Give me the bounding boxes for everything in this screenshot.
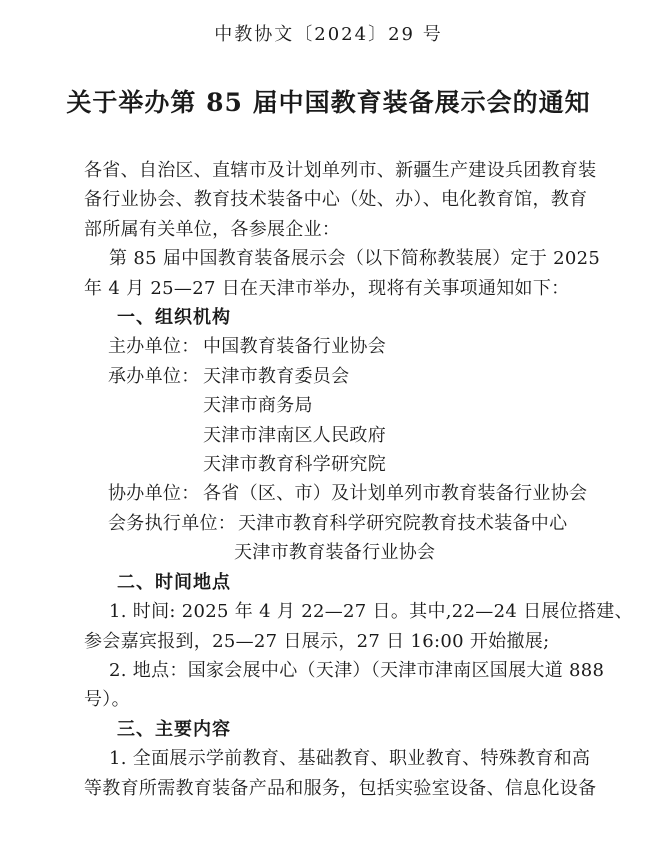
notice-document-page: 中教协文〔2024〕29 号 关于举办第 85 届中国教育装备展示会的通知 各省… [0,0,657,867]
doc-body: 各省、自治区、直辖市及计划单列市、新疆生产建设兵团教育装 备行业协会、教育技术装… [84,156,587,803]
time-line-1: 1. 时间: 2025 年 4 月 22—27 日。其中,22—24 日展位搭建… [84,597,587,626]
section-heading-main-content: 三、主要内容 [84,715,587,744]
host-line: 承办单位： 天津市教育委员会 [84,362,587,391]
organizer-value: 中国教育装备行业协会 [203,332,386,361]
doc-title: 关于举办第 85 届中国教育装备展示会的通知 [10,87,647,119]
executor-value-2: 天津市教育装备行业协会 [84,538,587,567]
doc-number: 中教协文〔2024〕29 号 [0,0,657,46]
coorganizer-value: 各省（区、市）及计划单列市教育装备行业协会 [203,479,587,508]
salutation-line-1: 各省、自治区、直辖市及计划单列市、新疆生产建设兵团教育装 [84,156,587,185]
coorganizer-line: 协办单位： 各省（区、市）及计划单列市教育装备行业协会 [84,479,587,508]
host-value-1: 天津市教育委员会 [203,362,349,391]
host-label: 承办单位： [108,362,203,391]
salutation-line-3: 部所属有关单位，各参展企业： [84,215,587,244]
time-line-2: 参会嘉宾报到，25—27 日展示，27 日 16:00 开始撤展; [84,627,587,656]
section-heading-organization: 一、组织机构 [84,303,587,332]
organizer-label: 主办单位： [108,332,203,361]
executor-label: 会务执行单位： [108,509,238,538]
section-heading-time-place: 二、时间地点 [84,568,587,597]
content-line-2: 等教育所需教育装备产品和服务，包括实验室设备、信息化设备 [84,774,587,803]
organizer-line: 主办单位： 中国教育装备行业协会 [84,332,587,361]
executor-line: 会务执行单位： 天津市教育科学研究院教育技术装备中心 [84,509,587,538]
venue-line-2: 号）。 [84,685,587,714]
venue-line-1: 2. 地点：国家会展中心（天津）（天津市津南区国展大道 888 [84,656,587,685]
intro-line-1: 第 85 届中国教育装备展示会（以下简称教装展）定于 2025 [84,244,587,273]
host-value-2: 天津市商务局 [84,391,587,420]
host-value-3: 天津市津南区人民政府 [84,421,587,450]
salutation-line-2: 备行业协会、教育技术装备中心（处、办）、电化教育馆，教育 [84,185,587,214]
host-value-4: 天津市教育科学研究院 [84,450,587,479]
executor-value-1: 天津市教育科学研究院教育技术装备中心 [238,509,567,538]
content-line-1: 1. 全面展示学前教育、基础教育、职业教育、特殊教育和高 [84,744,587,773]
coorganizer-label: 协办单位： [108,479,203,508]
intro-line-2: 年 4 月 25—27 日在天津市举办，现将有关事项通知如下： [84,274,587,303]
